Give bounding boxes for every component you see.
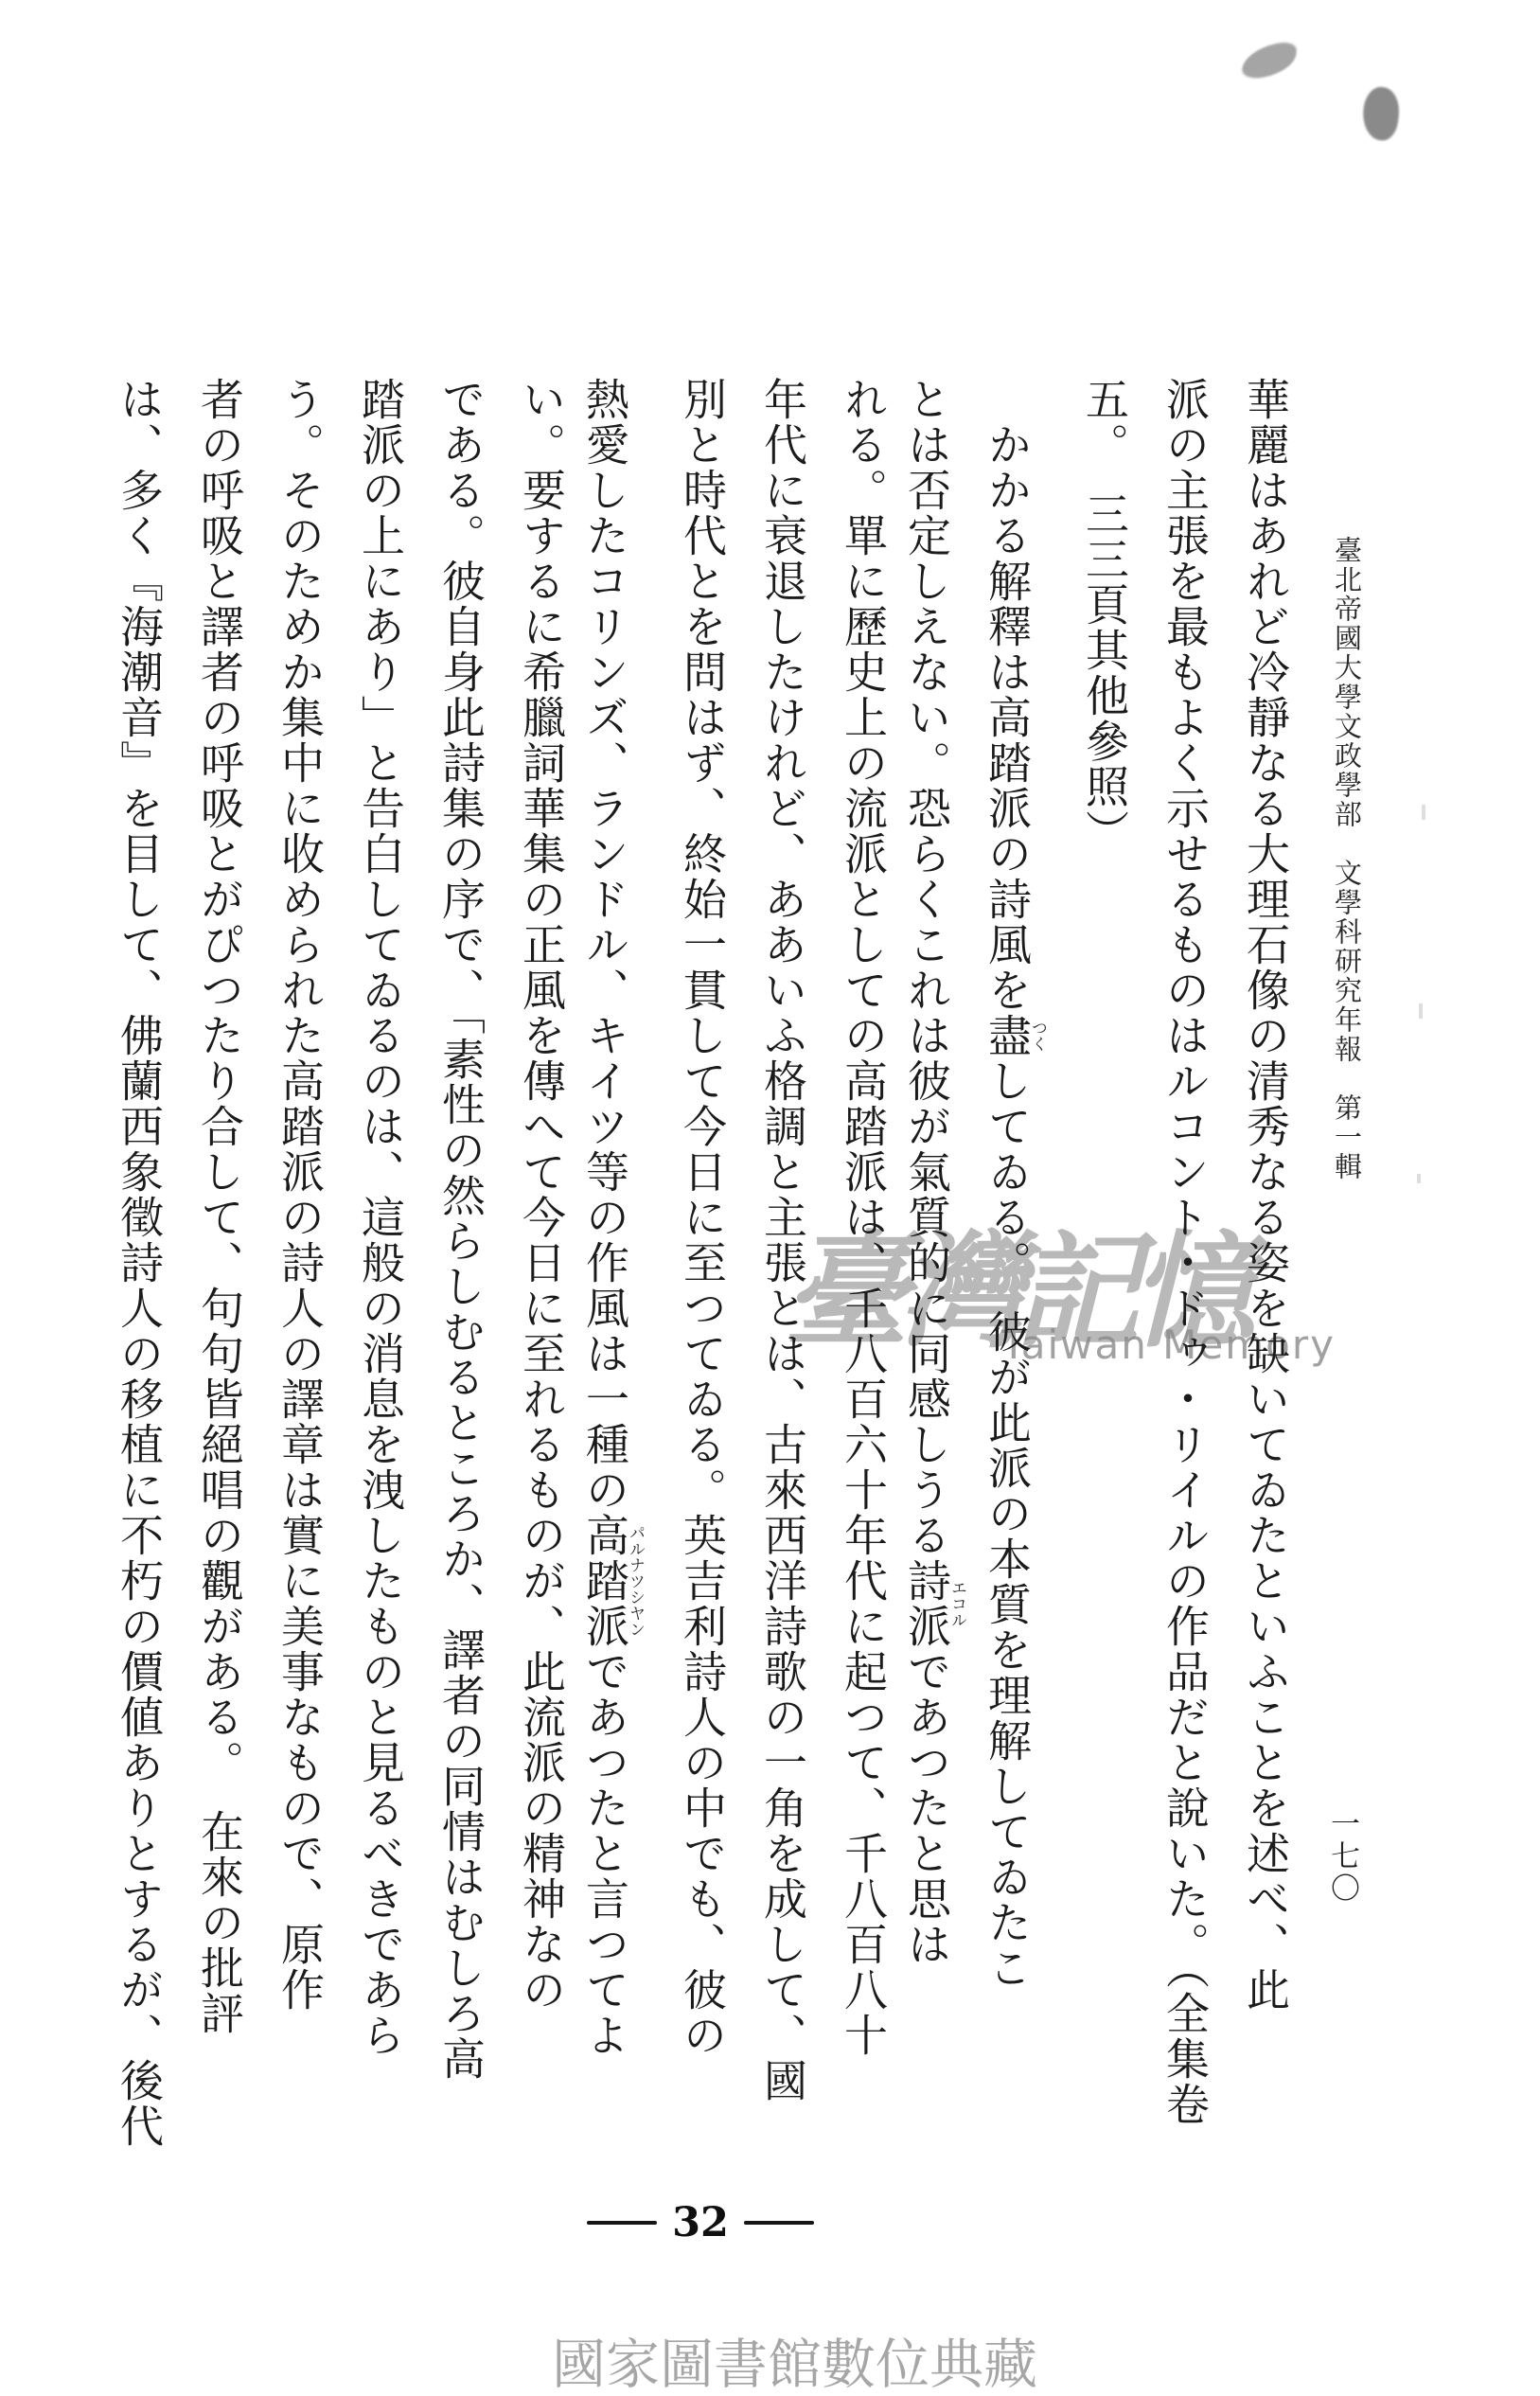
text-column: である。彼自身此詩集の序で、「素性の然らしむるところか、譯者の同情はむしろ高 xyxy=(439,377,483,2161)
scan-artifact xyxy=(1419,1003,1423,1019)
text-column: う。そのためか集中に收められた高踏派の詩人の譯章は實に美事なもので、原作 xyxy=(278,377,322,2161)
text-column: は、多く『海潮音』を目して、佛蘭西象徵詩人の移植に不朽の價値ありとするが、後代 xyxy=(117,377,161,2161)
main-text-block: 華麗はあれど冷靜なる大理石像の清秀なる姿を缺いてゐたといふことを述べ、此派の主張… xyxy=(114,377,1287,2161)
dash-rule-right xyxy=(744,2221,814,2225)
text-column: 五。 三三頁其他參照） xyxy=(1083,377,1126,2161)
ink-smudge xyxy=(1359,85,1402,143)
page-number-kanji: 一七〇 xyxy=(1327,1808,1357,1905)
text-column: かかる解釋は高踏派の詩風を盡つくしてゐる。 彼が此派の本質を理解してゐたこ xyxy=(1002,377,1046,2161)
text-column: 年代に衰退したけれど、ああいふ格調と主張とは、古來西洋詩歌の一角を成して、國 xyxy=(761,377,805,2161)
scan-artifact xyxy=(1417,1174,1421,1183)
text-column: とは否定しえない。恐らくこれは彼が氣質的に同感しうる詩派エコルであつたと思は xyxy=(922,377,965,2161)
text-column: い。要するに希臘詞華集の正風を傳へて今日に至れるものが、此流派の精神なの xyxy=(520,377,563,2161)
text-column: 華麗はあれど冷靜なる大理石像の清秀なる姿を缺いてゐたといふことを述べ、此 xyxy=(1244,377,1287,2161)
text-column: れる。單に歷史上の流派としての高踏派は、千八百六十年代に起つて、千八百八十 xyxy=(841,377,885,2161)
scan-artifact xyxy=(1422,805,1425,820)
ink-smudge xyxy=(1241,39,1298,82)
text-column: 熱愛したコリンズ、ランドル、キイツ等の作風は一種の高踏派パルナツシヤンであつたと… xyxy=(600,377,644,2161)
text-column: 踏派の上にあり」と告白してゐるのは、這般の消息を洩したものと見るべきであら xyxy=(359,377,402,2161)
text-column: 者の呼吸と譯者の呼吸とがぴつたり合して、句句皆絕唱の觀がある。 在來の批評 xyxy=(198,377,241,2161)
archive-watermark: 國家圖書館數位典藏 xyxy=(552,2321,1037,2396)
scanned-document-page: 臺灣記憶 Taiwan Memory 臺北帝國大學文政學部 文學科研究年報 第一… xyxy=(0,0,1540,2396)
ruby-annotated-word: 詩派エコル xyxy=(901,1558,952,1649)
text-column: 派の主張を最もよく示せるものはルコント・ドゥ・リイルの作品だと說いた。（全集卷 xyxy=(1163,377,1207,2161)
bottom-page-number: 32 xyxy=(582,2202,819,2244)
journal-running-head: 臺北帝國大學文政學部 文學科研究年報 第一輯 xyxy=(1333,536,1361,1181)
ruby-annotated-word: 盡つく xyxy=(982,1013,1033,1058)
text-column: 別と時代とを問はず、終始一貫して今日に至つてゐる。英吉利詩人の中でも、彼の xyxy=(681,377,724,2161)
dash-rule-left xyxy=(587,2221,657,2225)
ruby-annotated-word: 高踏派パルナツシヤン xyxy=(579,1513,630,1649)
page-number-text: 32 xyxy=(672,2203,729,2244)
